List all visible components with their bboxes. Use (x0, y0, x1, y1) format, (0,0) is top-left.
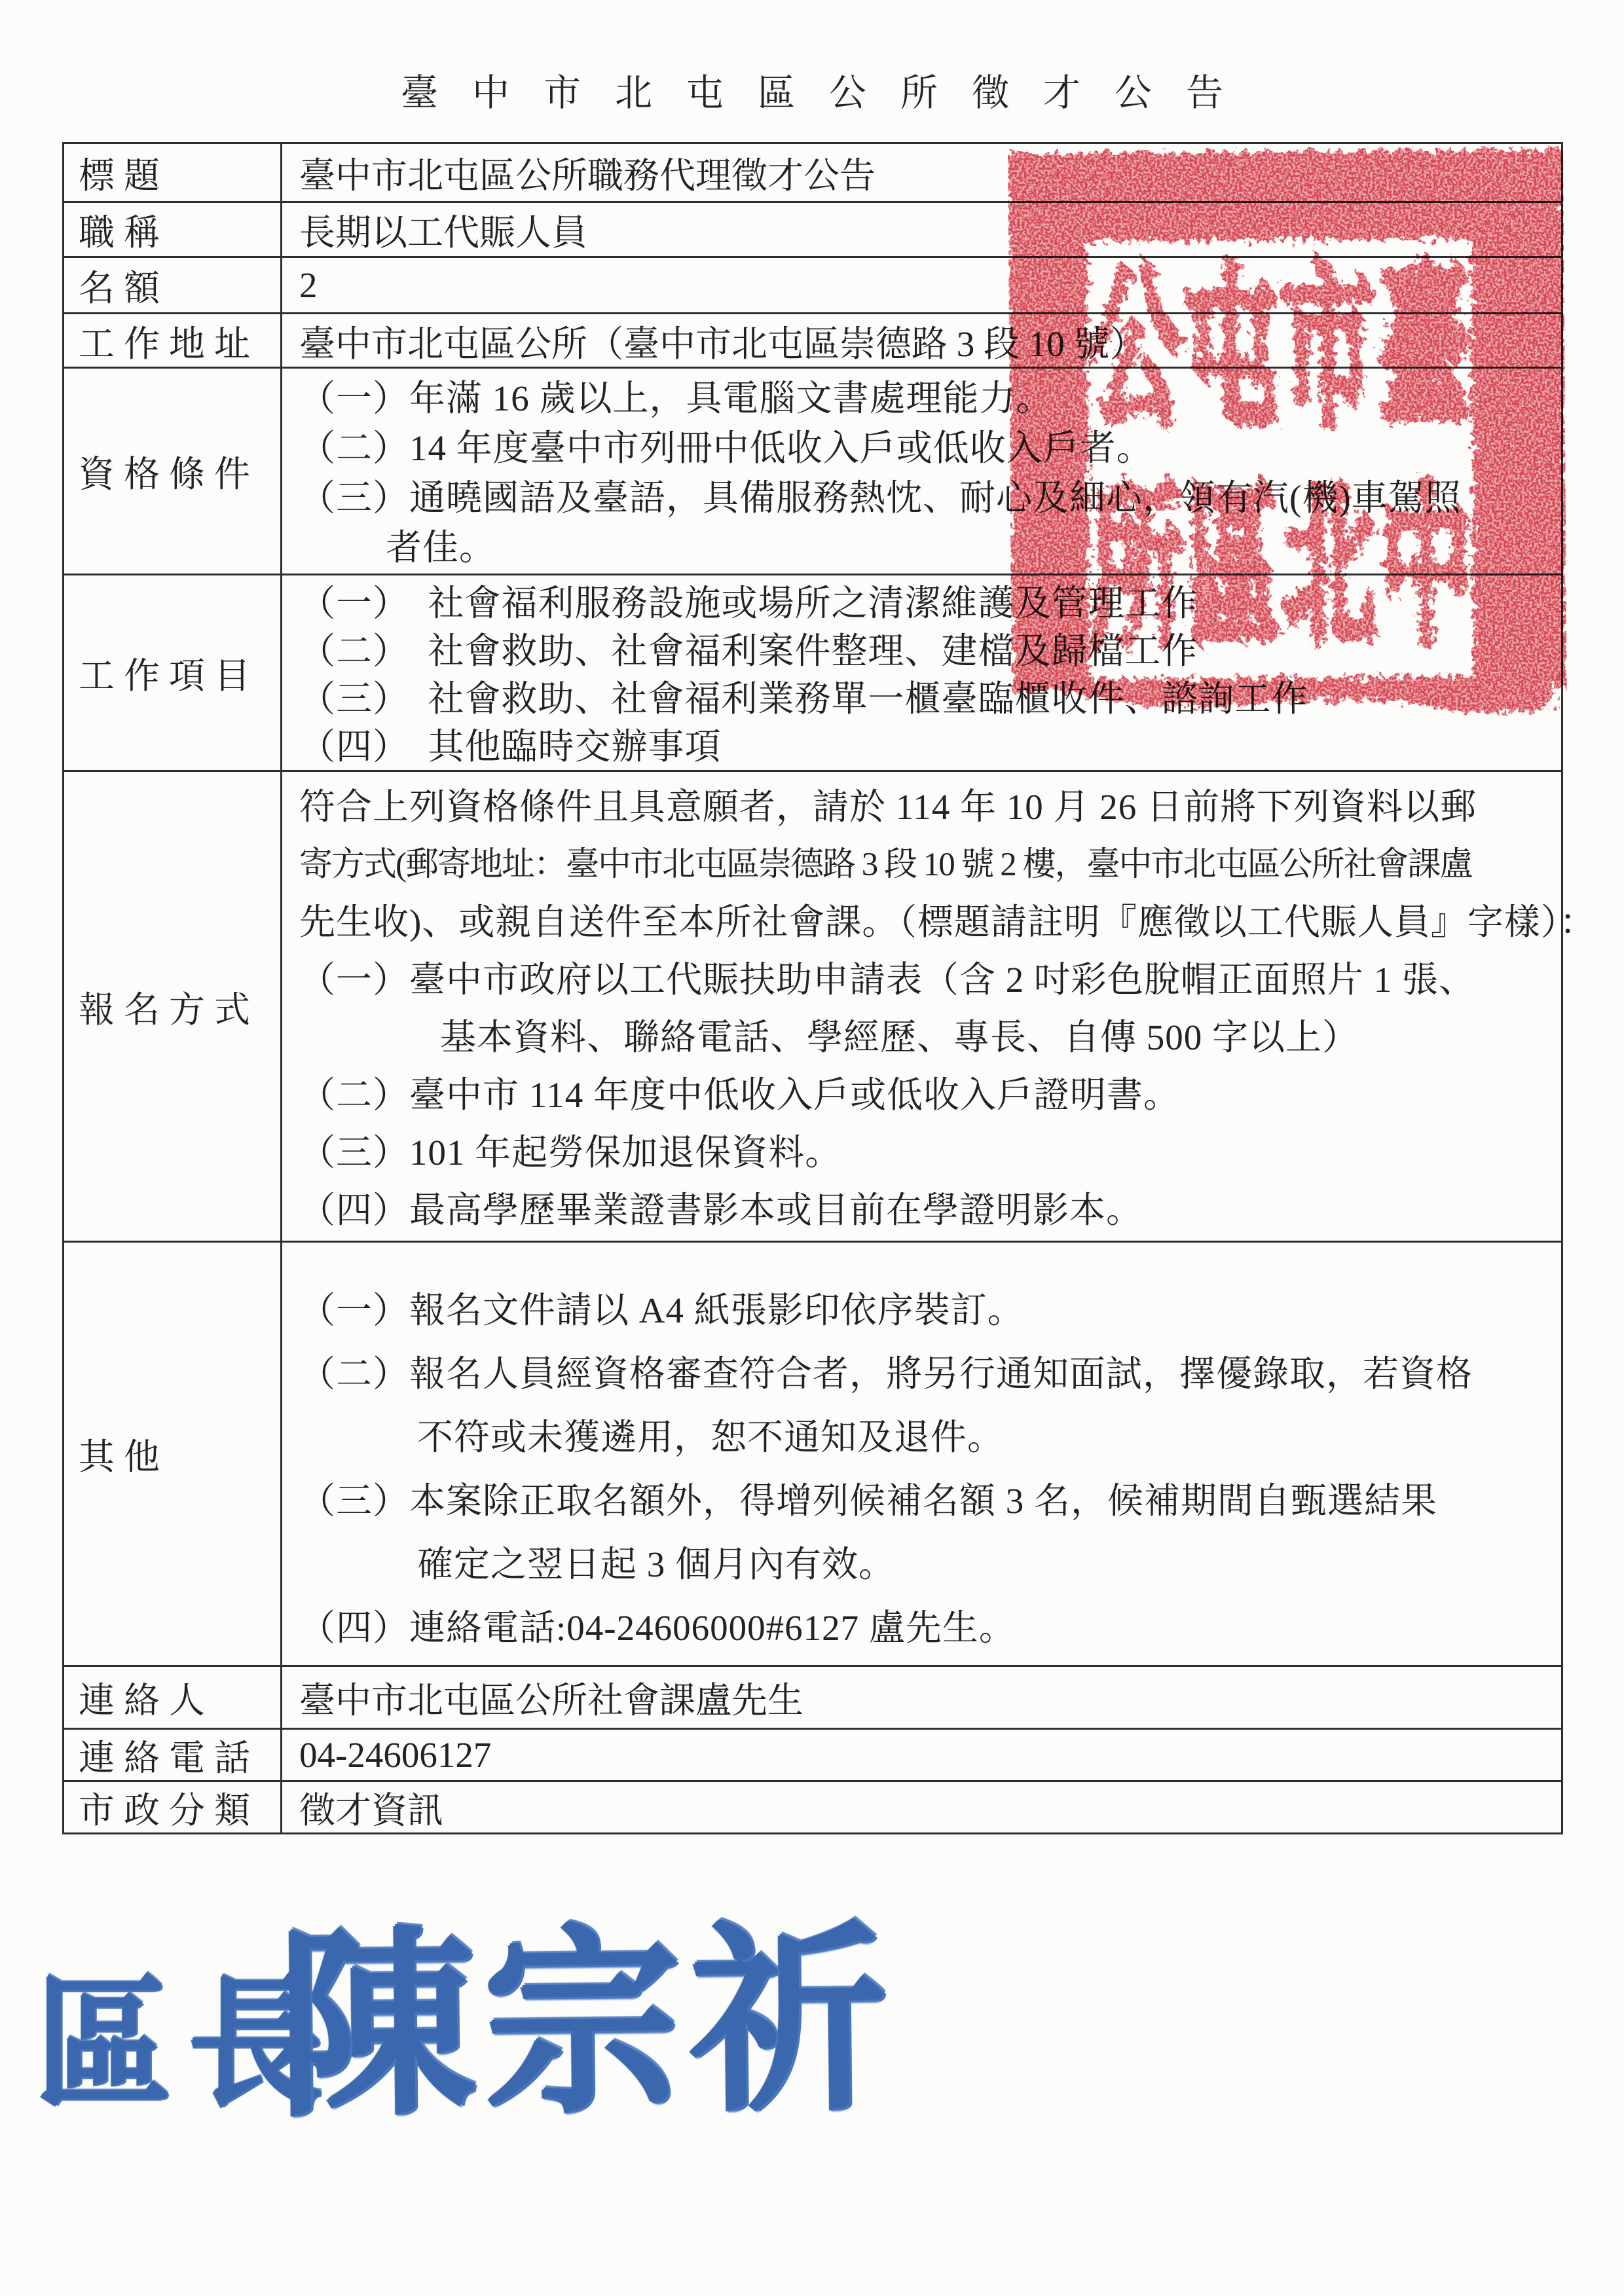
text-line: （三）本案除正取名額外，得增列候補名額 3 名，候補期間自甄選結果 (299, 1469, 1561, 1533)
table-row-application-method: 報名方式 符合上列資格條件且具意願者，請於 114 年 10 月 26 日前將下… (64, 770, 1561, 1241)
row-label: 名額 (64, 258, 282, 312)
row-label: 連絡電話 (64, 1730, 282, 1780)
row-label: 工作地址 (64, 314, 282, 367)
text-line: （三）通曉國語及臺語，具備服務熱忱、耐心及細心，領有汽(機)車駕照 (299, 473, 1561, 523)
text-line: （二）14 年度臺中市列冊中低收入戶或低收入戶者。 (299, 424, 1561, 473)
table-row-job-title: 職稱 長期以工代賑人員 (64, 201, 1561, 256)
row-value: 2 (282, 258, 1561, 312)
table-row-contact-phone: 連絡電話 04-24606127 (64, 1728, 1561, 1780)
row-value: 04-24606127 (282, 1730, 1561, 1780)
table-row-quota: 名額 2 (64, 256, 1561, 312)
row-value: 徵才資訊 (282, 1782, 1561, 1832)
row-value-multiline: 符合上列資格條件且具意願者，請於 114 年 10 月 26 日前將下列資料以郵… (282, 772, 1596, 1241)
row-value: 臺中市北屯區公所（臺中市北屯區崇德路 3 段 10 號） (282, 314, 1561, 367)
text-line: 確定之翌日起 3 個月內有效。 (417, 1533, 1561, 1596)
row-value-multiline: （一）報名文件請以 A4 紙張影印依序裝訂。 （二）報名人員經資格審查符合者，將… (282, 1243, 1561, 1665)
signature-name: 陳宗祈 (277, 1859, 896, 2153)
row-label: 職稱 (64, 203, 282, 256)
text-line: 寄方式(郵寄地址：臺中市北屯區崇德路 3 段 10 號 2 樓，臺中市北屯區公所… (299, 836, 1596, 894)
text-line: 者佳。 (386, 523, 1561, 573)
text-line: （三）101 年起勞保加退保資料。 (299, 1124, 1596, 1182)
text-line: 基本資料、聯絡電話、學經歷、專長、自傳 500 字以上） (440, 1009, 1596, 1066)
row-label: 市政分類 (64, 1782, 282, 1832)
table-row-qualifications: 資格條件 （一）年滿 16 歲以上，具電腦文書處理能力。 （二）14 年度臺中市… (64, 367, 1561, 574)
row-label: 報名方式 (64, 772, 282, 1241)
row-label: 資格條件 (64, 369, 282, 574)
row-value: 臺中市北屯區公所職務代理徵才公告 (282, 144, 1561, 201)
text-line: （一） 社會福利服務設施或場所之清潔維護及管理工作 (299, 579, 1561, 627)
row-value-multiline: （一）年滿 16 歲以上，具電腦文書處理能力。 （二）14 年度臺中市列冊中低收… (282, 369, 1561, 574)
text-line: （四） 其他臨時交辦事項 (299, 723, 1561, 771)
text-line: （一）報名文件請以 A4 紙張影印依序裝訂。 (299, 1279, 1561, 1342)
text-line: （一）年滿 16 歲以上，具電腦文書處理能力。 (299, 374, 1561, 424)
text-line: 先生收)、或親自送件至本所社會課。（標題請註明『應徵以工代賑人員』字樣）： (299, 894, 1596, 951)
table-row-subject: 標題 臺中市北屯區公所職務代理徵才公告 (64, 144, 1561, 201)
text-line: （二）報名人員經資格審查符合者，將另行通知面試，擇優錄取，若資格 (299, 1342, 1561, 1406)
text-line: （三） 社會救助、社會福利業務單一櫃臺臨櫃收件、諮詢工作 (299, 675, 1561, 723)
signature-block: 區長 陳宗祈 (26, 1853, 943, 2128)
row-label: 工作項目 (64, 575, 282, 770)
text-line: （四）最高學歷畢業證書影本或目前在學證明影本。 (299, 1182, 1596, 1239)
text-line: （二）臺中市 114 年度中低收入戶或低收入戶證明書。 (299, 1066, 1596, 1124)
scanned-announcement-page: 臺中市北屯區公所徵才公告 標題 臺中市北屯區公所職務代理徵才公告 職稱 長期以工… (0, 0, 1624, 2296)
text-line: （二） 社會救助、社會福利案件整理、建檔及歸檔工作 (299, 627, 1561, 675)
row-label: 其他 (64, 1243, 282, 1665)
text-line: （一）臺中市政府以工代賑扶助申請表（含 2 吋彩色脫帽正面照片 1 張、 (299, 951, 1596, 1009)
row-label: 標題 (64, 144, 282, 201)
row-value: 臺中市北屯區公所社會課盧先生 (282, 1667, 1561, 1728)
row-value-multiline: （一） 社會福利服務設施或場所之清潔維護及管理工作 （二） 社會救助、社會福利案… (282, 575, 1561, 770)
row-value: 長期以工代賑人員 (282, 203, 1561, 256)
table-row-work-address: 工作地址 臺中市北屯區公所（臺中市北屯區崇德路 3 段 10 號） (64, 312, 1561, 367)
announcement-table: 標題 臺中市北屯區公所職務代理徵才公告 職稱 長期以工代賑人員 名額 2 工作地… (62, 142, 1563, 1834)
text-line: 符合上列資格條件且具意願者，請於 114 年 10 月 26 日前將下列資料以郵 (299, 778, 1596, 836)
table-row-category: 市政分類 徵才資訊 (64, 1780, 1561, 1832)
doc-title: 臺中市北屯區公所徵才公告 (0, 63, 1624, 117)
table-row-contact-person: 連絡人 臺中市北屯區公所社會課盧先生 (64, 1665, 1561, 1728)
text-line: （四）連絡電話:04-24606000#6127 盧先生。 (299, 1596, 1561, 1660)
table-row-work-items: 工作項目 （一） 社會福利服務設施或場所之清潔維護及管理工作 （二） 社會救助、… (64, 574, 1561, 770)
text-line: 不符或未獲遴用，恕不通知及退件。 (417, 1406, 1561, 1469)
row-label: 連絡人 (64, 1667, 282, 1728)
table-row-other: 其他 （一）報名文件請以 A4 紙張影印依序裝訂。 （二）報名人員經資格審查符合… (64, 1241, 1561, 1665)
